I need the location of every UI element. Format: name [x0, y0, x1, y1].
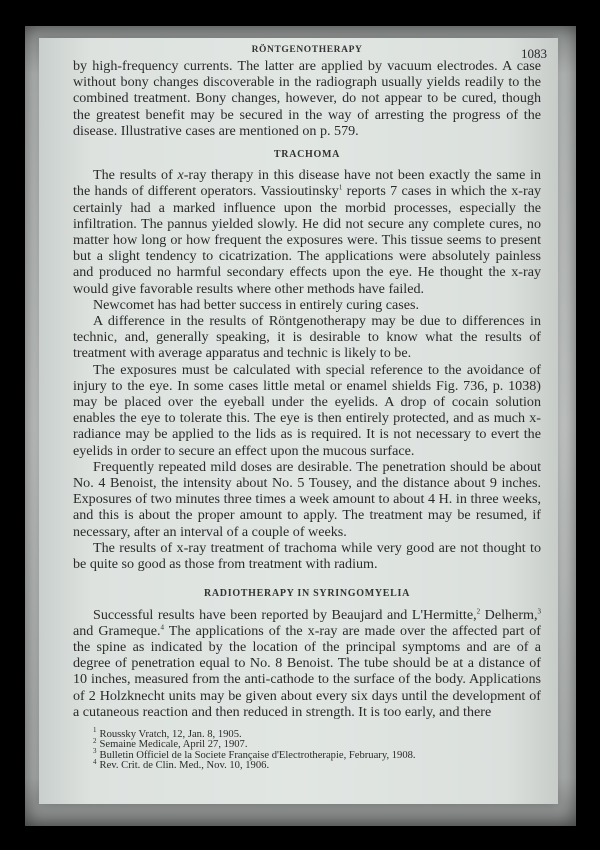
paragraph: Newcomet has had better success in entir… [73, 297, 541, 313]
paragraph: Successful results have been reported by… [73, 607, 541, 720]
paragraph: The results of x-ray therapy in this dis… [73, 167, 541, 297]
paragraph: The exposures must be calculated with sp… [73, 362, 541, 459]
intro-paragraph: by high-frequency currents. The latter a… [73, 58, 541, 139]
section-heading-syringomyelia: RADIOTHERAPY IN SYRINGOMYELIA [73, 586, 541, 602]
book-page: RÖNTGENOTHERAPY 1083 by high-frequency c… [39, 38, 558, 804]
footnote: 4Rev. Crit. de Clin. Med., Nov. 10, 1906… [93, 761, 541, 772]
page-text: RÖNTGENOTHERAPY 1083 by high-frequency c… [73, 40, 541, 772]
photo-frame: RÖNTGENOTHERAPY 1083 by high-frequency c… [25, 26, 576, 826]
paragraph: Frequently repeated mild doses are desir… [73, 459, 541, 540]
running-head-title: RÖNTGENOTHERAPY [73, 42, 541, 58]
paragraph: The results of x-ray treatment of tracho… [73, 540, 541, 572]
paragraph: A difference in the results of Röntgenot… [73, 313, 541, 362]
running-head: RÖNTGENOTHERAPY 1083 [73, 40, 541, 58]
section-heading-trachoma: TRACHOMA [73, 147, 541, 163]
footnote-ref: 3 [538, 607, 542, 615]
page-number: 1083 [521, 46, 547, 62]
footnotes: 1Roussky Vratch, 12, Jan. 8, 1905. 2Sema… [73, 730, 541, 772]
